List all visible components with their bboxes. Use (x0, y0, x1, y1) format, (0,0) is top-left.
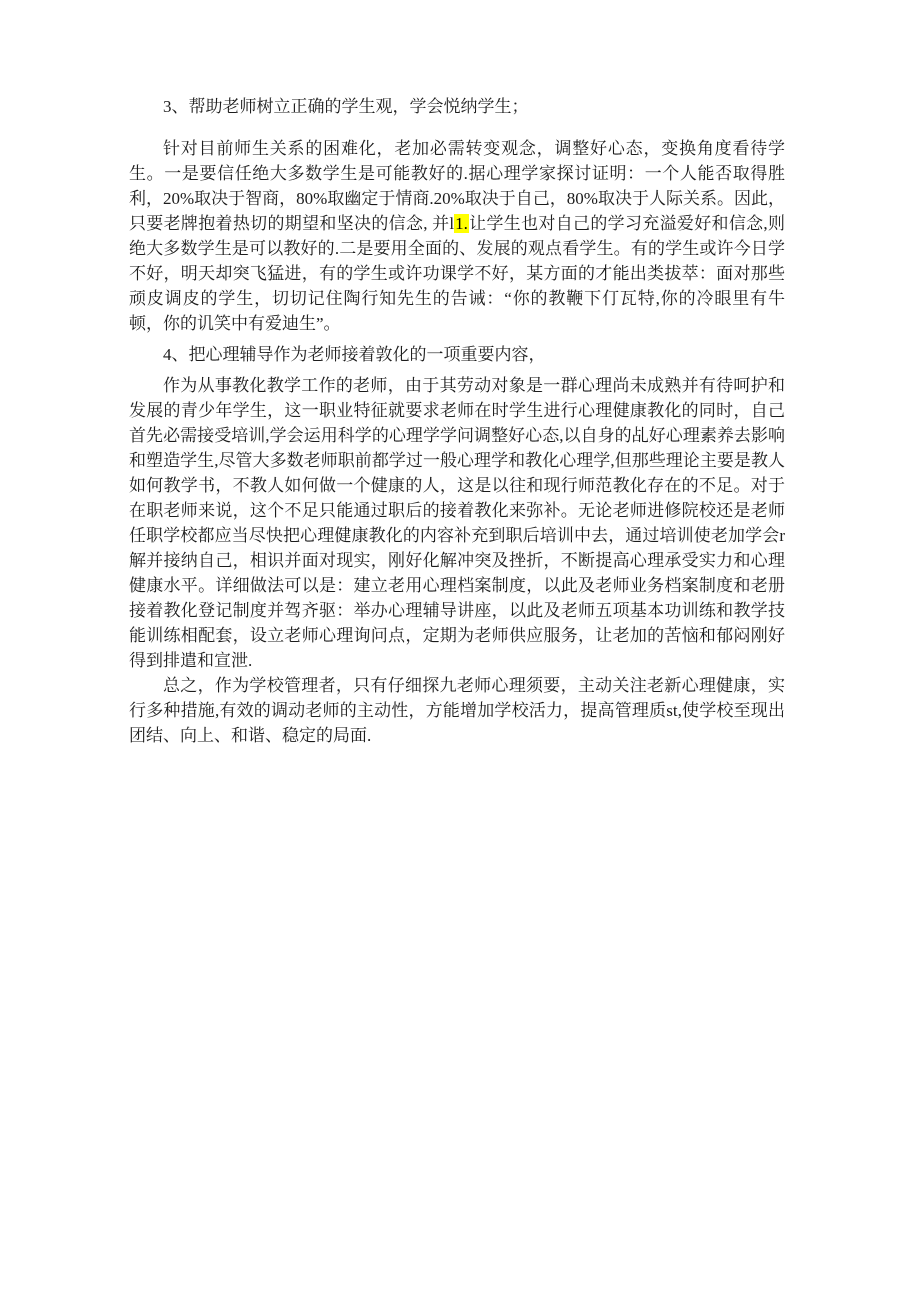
paragraph-teacher-training: 作为从事教化教学工作的老师，由于其劳动对象是一群心理尚未成熟并有待呵护和发展的青… (129, 373, 785, 673)
paragraph-point-3: 3、帮助老师树立正确的学生观，学会悦纳学生； (129, 94, 785, 119)
yellow-highlighted-text: 1. (454, 214, 469, 233)
paragraph-point-4: 4、把心理辅导作为老师接着敦化的一项重要内容， (129, 342, 785, 367)
document-body: 3、帮助老师树立正确的学生观，学会悦纳学生； 针对目前师生关系的困难化，老加必需… (129, 94, 785, 748)
document-page: 3、帮助老师树立正确的学生观，学会悦纳学生； 针对目前师生关系的困难化，老加必需… (0, 0, 920, 1301)
paragraph-summary: 总之，作为学校管理者，只有仔细探九老师心理须要，主动关注老新心理健康，实行多种措… (129, 673, 785, 748)
paragraph-student-view: 针对目前师生关系的困难化，老加必需转变观念，调整好心态，变换角度看待学生。一是要… (129, 136, 785, 336)
